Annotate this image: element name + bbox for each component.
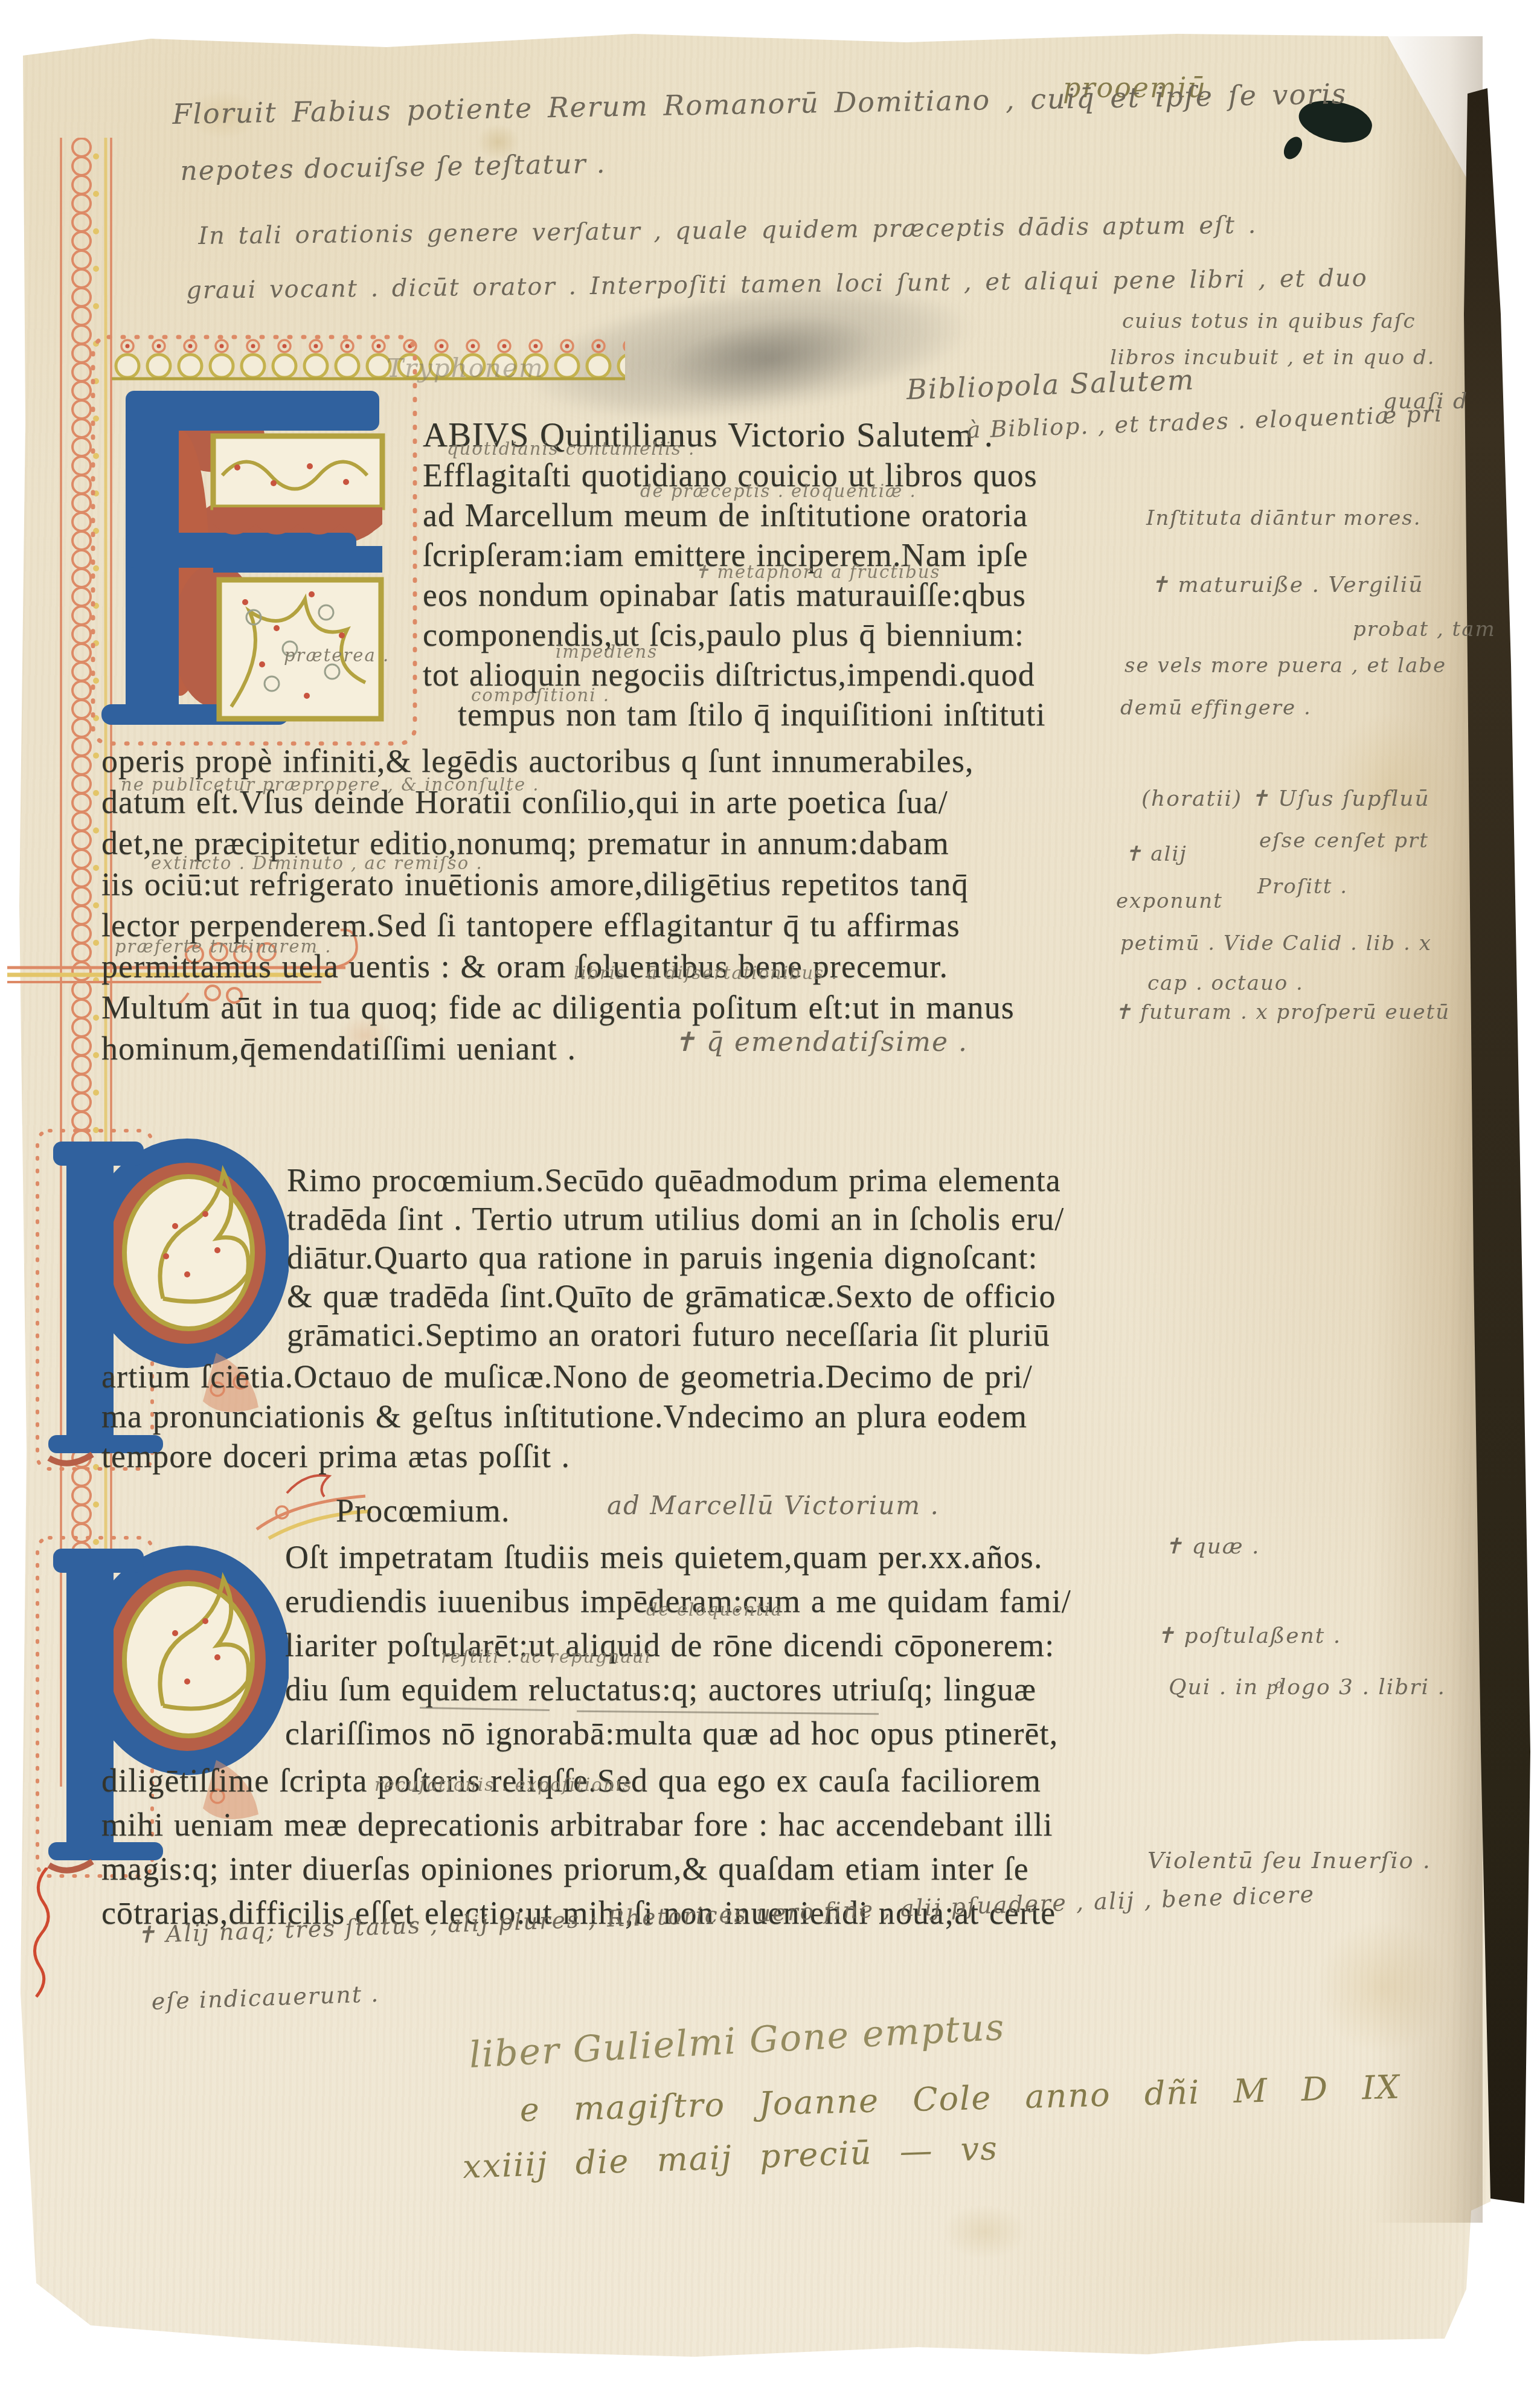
marginal-note: ✝ futuram . x proſperū euetū [1114,1000,1450,1024]
print-line: diātur.Quarto qua ratione in paruis inge… [287,1238,1064,1277]
interlinear-gloss: impediens [556,641,658,662]
print-line: & quæ tradēda ſint.Quīto de grāmaticæ.Se… [287,1277,1064,1315]
marginal-note: se vels more puera , et labe [1125,654,1446,678]
interlinear-gloss: recuſationis . expoſitionis . [374,1775,646,1795]
print-line: ma pronunciationis & geſtus inſtitutione… [101,1396,1033,1436]
marginal-note: ✝ maturuiße . Vergiliū [1150,573,1423,597]
print-line: Rimo procœmium.Secūdo quēadmodum prima e… [287,1161,1064,1200]
proem-heading: Procœmium. [336,1492,510,1529]
interlinear-gloss: quotidianis contumeliis . [447,438,695,459]
interlinear-gloss: ✝ q̄ emendatiſsime . [673,1027,968,1058]
marginal-note: Qui . in pͦlogo 3 . libri . [1169,1674,1446,1700]
interlinear-gloss: libris . ā diſsertationibus . [574,963,838,983]
interlinear-gloss: de eloquentia [646,1599,783,1620]
print-line: grāmatici.Septimo an oratori futuro nece… [287,1315,1064,1354]
print-line: tradēda ſint . Tertio utrum utilius domi… [287,1200,1064,1238]
interlinear-gloss: reſtiti . ac repugnaui [441,1646,652,1667]
print-line: Oſt impetratam ſtudiis meis quietem,quam… [285,1535,1071,1579]
print-line: tempore doceri prima ætas poſſit . [101,1436,1033,1476]
marginal-note: (horatii) ✝ Uſus ſupfluū [1141,786,1430,811]
print-line: Multum aūt in tua quoq; fide ac diligent… [101,987,1015,1028]
print-line: mihi ueniam meæ deprecationis arbitrabar… [101,1803,1056,1847]
print-line: diu ſum equidem reluctatus:q; auctores u… [285,1668,1071,1712]
print-line: clariſſimos nō ignorabā:multa quæ ad hoc… [285,1712,1071,1756]
marginal-note: demū effingere . [1120,696,1312,720]
marginal-note: ✝ quæ . [1164,1534,1260,1559]
marginal-note: Inſtituta diāntur mores. [1146,506,1422,530]
print-line: componendis,ut ſcis,paulo plus q̄ bienni… [423,615,1046,655]
interlinear-gloss: præferte trutinarem . [115,936,332,957]
interlinear-gloss: ✝ metaphora a fructibus [695,562,940,582]
print-line: artium ſciētia.Octauo de muſicæ.Nono de … [101,1357,1033,1396]
marginal-note: Proſitt . [1257,875,1348,899]
print-line: magis:q; inter diuerſas opiniones prioru… [101,1847,1056,1891]
penwork-flourish [23,1868,65,2006]
print-line: liariter poſtularēt:ut aliquid de rōne d… [285,1624,1071,1668]
interlinear-gloss: ne publicetur præpropere , & inconſulte … [121,774,540,795]
interlinear-gloss: compoſitioni . [471,685,610,705]
interlinear-gloss: de præceptis . eloquentiæ . [640,481,917,501]
printed-paragraph-2-full: artium ſciētia.Octauo de muſicæ.Nono de … [101,1357,1033,1476]
marginal-note: cap . octauo . [1147,971,1304,995]
scanned-book-page: ABIVS Quintilianus Victorio Salutem . Ef… [0,0,1540,2393]
marginal-note: eſse cenſet prt [1259,829,1429,853]
marginal-note: ✝ poſtulaßent . [1157,1624,1341,1648]
marginal-note: exponunt [1116,889,1223,913]
handwritten-note: Tryphonem [387,353,544,383]
printed-paragraph-3-indented: Oſt impetratam ſtudiis meis quietem,quam… [285,1535,1071,1756]
interlinear-gloss: præterea . [284,645,390,666]
marginal-note: petimū . Vide Calid . lib . x [1120,931,1432,956]
marginal-note: probat , tam [1353,617,1496,641]
marginal-note: ✝ alij [1125,842,1187,866]
handwritten-note: cuius totus in quibus faſc [1122,309,1416,333]
interlinear-gloss: extincto . Diminuto , ac remiſso . [151,853,483,873]
marginal-note: Violentū ſeu Inuerſio . [1147,1847,1431,1874]
printed-paragraph-2-indented: Rimo procœmium.Secūdo quēadmodum prima e… [287,1161,1064,1354]
interlinear-gloss: ad Marcellū Victorium . [607,1491,940,1520]
illuminated-initial-F [89,333,419,747]
